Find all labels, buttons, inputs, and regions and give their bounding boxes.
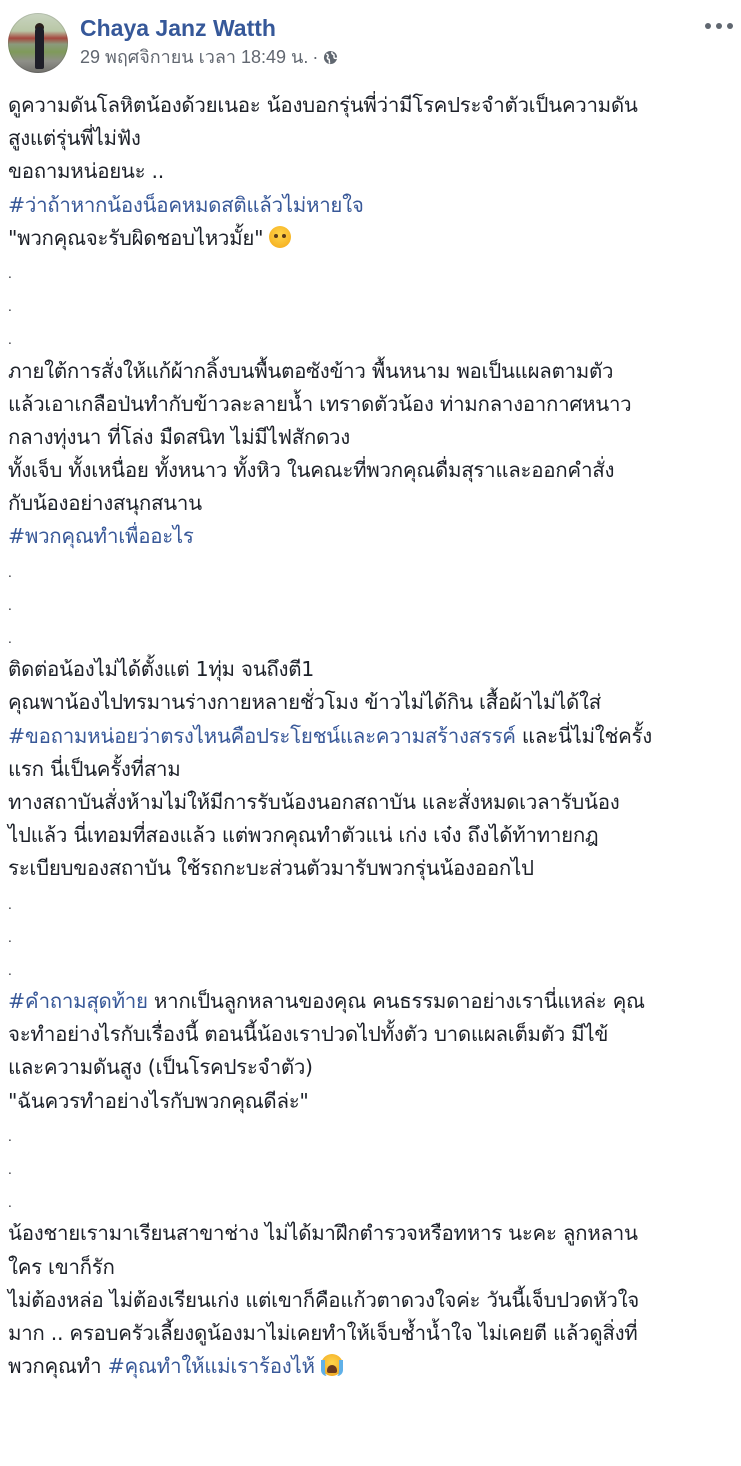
body-line: กลางทุ่งนา ที่โล่ง มืดสนิท ไม่มีไฟสักดวง [8,421,738,454]
smiling-face-emoji-icon [269,226,291,248]
body-text: หากเป็นลูกหลานของคุณ คนธรรมดาอย่างเรานี่… [148,989,645,1013]
spacer-dot: . [8,632,12,646]
author-name-link[interactable]: Chaya Janz Watth [80,13,276,43]
body-line: และความดันสูง (เป็นโรคประจำตัว) [8,1051,738,1084]
body-text: ดูความดันโลหิตน้องด้วยเนอะ น้องบอกรุ่นพี… [8,93,638,117]
body-text: ระเบียบของสถาบัน ใช้รถกะบะส่วนตัวมารับพว… [8,856,534,880]
body-line: #ขอถามหน่อยว่าตรงไหนคือประโยชน์และความสร… [8,720,738,753]
hashtag-link[interactable]: #พวกคุณทำเพื่ออะไร [8,524,194,548]
body-line: . [8,1118,738,1151]
spacer-dot: . [8,1163,12,1177]
more-dot-icon [716,23,722,29]
body-line: กับน้องอย่างสนุกสนาน [8,487,738,520]
body-line: ใคร เขาก็รัก [8,1251,738,1284]
body-text: ใคร เขาก็รัก [8,1255,115,1279]
body-line: #ว่าถ้าหากน้องน็อคหมดสติแล้วไม่หายใจ [8,189,738,222]
body-line: . [8,952,738,985]
body-line: . [8,255,738,288]
body-text: ขอถามหน่อยนะ .. [8,159,164,183]
hashtag-link[interactable]: #ขอถามหน่อยว่าตรงไหนคือประโยชน์และความสร… [8,724,516,748]
body-line: . [8,288,738,321]
body-line: จะทำอย่างไรกับเรื่องนี้ ตอนนี้น้องเราปวด… [8,1018,738,1051]
spacer-dot: . [8,1196,12,1210]
body-text: แล้วเอาเกลือป่นทำกับข้าวละลายน้ำ เทราดตั… [8,392,631,416]
body-text: กับน้องอย่างสนุกสนาน [8,491,202,515]
more-dot-icon [727,23,733,29]
body-text: ทางสถาบันสั่งห้ามไม่ให้มีการรับน้องนอกสถ… [8,790,619,814]
hashtag-link[interactable]: #ว่าถ้าหากน้องน็อคหมดสติแล้วไม่หายใจ [8,193,364,217]
facebook-post: Chaya Janz Watth 29 พฤศจิกายน เวลา 18:49… [0,0,741,1466]
body-text: "ฉันควรทำอย่างไรกับพวกคุณดีล่ะ" [8,1089,309,1113]
body-text: พวกคุณทำ [8,1354,108,1378]
body-line: สูงแต่รุ่นพี่ไม่ฟัง [8,122,738,155]
body-text: ติดต่อน้องไม่ได้ตั้งแต่ 1ทุ่ม จนถึงตี1 [8,657,314,681]
body-line: มาก .. ครอบครัวเลี้ยงดูน้องมาไม่เคยทำให้… [8,1317,738,1350]
body-text: น้องชายเรามาเรียนสาขาช่าง ไม่ได้มาฝึกตำร… [8,1221,638,1245]
body-line: . [8,1184,738,1217]
body-text: แรก นี่เป็นครั้งที่สาม [8,757,180,781]
body-line: พวกคุณทำ #คุณทำให้แม่เราร้องไห้ [8,1350,738,1383]
body-line: น้องชายเรามาเรียนสาขาช่าง ไม่ได้มาฝึกตำร… [8,1217,738,1250]
body-line: "ฉันควรทำอย่างไรกับพวกคุณดีล่ะ" [8,1085,738,1118]
body-line: ติดต่อน้องไม่ได้ตั้งแต่ 1ทุ่ม จนถึงตี1 [8,653,738,686]
body-line: . [8,886,738,919]
hashtag-link[interactable]: #คุณทำให้แม่เราร้องไห้ [108,1354,315,1378]
spacer-dot: . [8,599,12,613]
spacer-dot: . [8,300,12,314]
body-line: ดูความดันโลหิตน้องด้วยเนอะ น้องบอกรุ่นพี… [8,89,738,122]
spacer-dot: . [8,898,12,912]
post-meta: 29 พฤศจิกายน เวลา 18:49 น. · [80,45,338,69]
body-text: ไปแล้ว นี่เทอมที่สองแล้ว แต่พวกคุณทำตัวแ… [8,823,598,847]
body-line: #คำถามสุดท้าย หากเป็นลูกหลานของคุณ คนธรร… [8,985,738,1018]
body-line: . [8,620,738,653]
more-options-button[interactable] [705,14,733,38]
body-line: ขอถามหน่อยนะ .. [8,155,738,188]
body-text: มาก .. ครอบครัวเลี้ยงดูน้องมาไม่เคยทำให้… [8,1321,638,1345]
body-line: ภายใต้การสั่งให้แก้ผ้ากลิ้งบนพื้นตอซังข้… [8,355,738,388]
body-line: ระเบียบของสถาบัน ใช้รถกะบะส่วนตัวมารับพว… [8,852,738,885]
body-text: และนี่ไม่ใช่ครั้ง [516,724,652,748]
post-body: ดูความดันโลหิตน้องด้วยเนอะ น้องบอกรุ่นพี… [8,89,738,1383]
spacer-dot: . [8,931,12,945]
body-text: ทั้งเจ็บ ทั้งเหนื่อย ทั้งหนาว ทั้งหิว ใน… [8,458,614,482]
body-line: . [8,554,738,587]
body-line: . [8,321,738,354]
body-line: ทางสถาบันสั่งห้ามไม่ให้มีการรับน้องนอกสถ… [8,786,738,819]
body-line: ไม่ต้องหล่อ ไม่ต้องเรียนเก่ง แต่เขาก็คือ… [8,1284,738,1317]
post-timestamp[interactable]: 29 พฤศจิกายน เวลา 18:49 น. [80,45,308,69]
author-avatar[interactable] [8,13,68,73]
body-line: #พวกคุณทำเพื่ออะไร [8,520,738,553]
body-text: จะทำอย่างไรกับเรื่องนี้ ตอนนี้น้องเราปวด… [8,1022,608,1046]
body-line: คุณพาน้องไปทรมานร่างกายหลายชั่วโมง ข้าวไ… [8,686,738,719]
body-line: แล้วเอาเกลือป่นทำกับข้าวละลายน้ำ เทราดตั… [8,388,738,421]
more-dot-icon [705,23,711,29]
post-header: Chaya Janz Watth 29 พฤศจิกายน เวลา 18:49… [0,0,741,90]
body-line: ไปแล้ว นี่เทอมที่สองแล้ว แต่พวกคุณทำตัวแ… [8,819,738,852]
avatar-figure-body [35,27,44,69]
body-line: แรก นี่เป็นครั้งที่สาม [8,753,738,786]
loudly-crying-face-emoji-icon [321,1354,343,1376]
body-text: สูงแต่รุ่นพี่ไม่ฟัง [8,126,141,150]
body-text: คุณพาน้องไปทรมานร่างกายหลายชั่วโมง ข้าวไ… [8,690,601,714]
body-text: "พวกคุณจะรับผิดชอบไหวมั้ย" [8,226,263,250]
spacer-dot: . [8,964,12,978]
meta-separator: · [312,45,318,69]
hashtag-link[interactable]: #คำถามสุดท้าย [8,989,148,1013]
body-line: "พวกคุณจะรับผิดชอบไหวมั้ย" [8,222,738,255]
body-line: . [8,587,738,620]
spacer-dot: . [8,333,12,347]
spacer-dot: . [8,267,12,281]
body-line: . [8,919,738,952]
spacer-dot: . [8,1130,12,1144]
globe-icon[interactable] [323,50,338,65]
body-line: . [8,1151,738,1184]
body-line: ทั้งเจ็บ ทั้งเหนื่อย ทั้งหนาว ทั้งหิว ใน… [8,454,738,487]
body-text: ภายใต้การสั่งให้แก้ผ้ากลิ้งบนพื้นตอซังข้… [8,359,613,383]
body-text: และความดันสูง (เป็นโรคประจำตัว) [8,1055,313,1079]
body-text: ไม่ต้องหล่อ ไม่ต้องเรียนเก่ง แต่เขาก็คือ… [8,1288,639,1312]
spacer-dot: . [8,566,12,580]
body-text: กลางทุ่งนา ที่โล่ง มืดสนิท ไม่มีไฟสักดวง [8,425,350,449]
